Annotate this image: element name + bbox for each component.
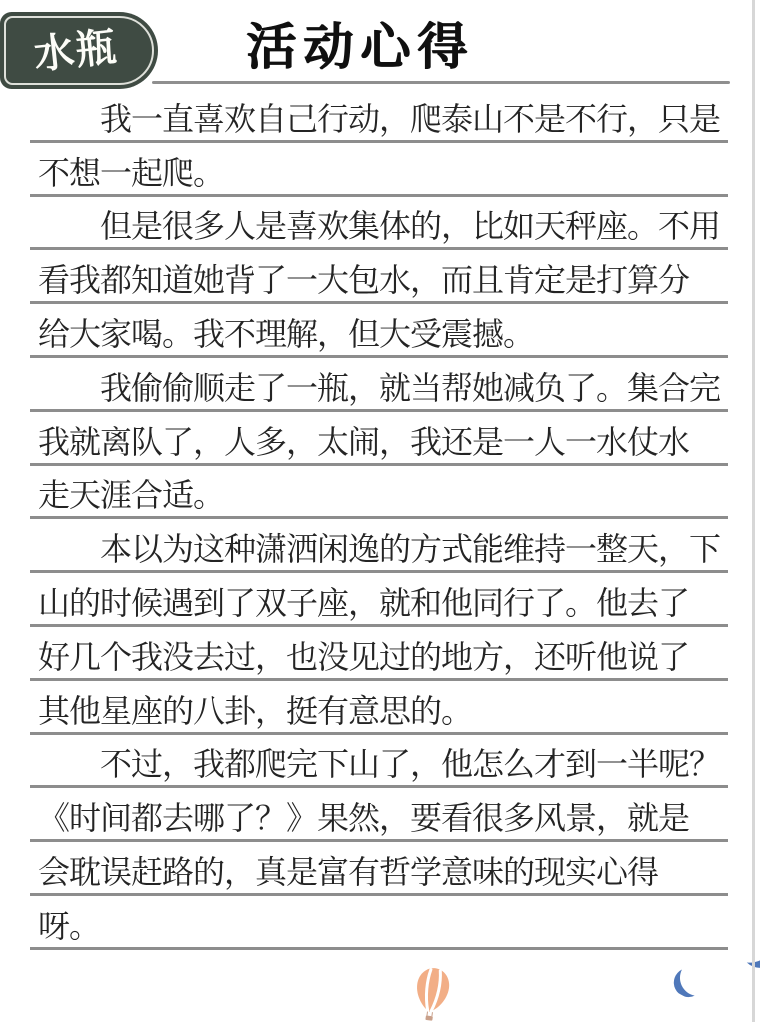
text-line: 我偷偷顺走了一瓶，就当帮她减负了。集合完 [30,358,728,412]
ruled-text-area: 我一直喜欢自己行动，爬泰山不是不行，只是 不想一起爬。 但是很多人是喜欢集体的，… [30,89,728,950]
text-line: 不想一起爬。 [30,143,728,197]
text-line: 看我都知道她背了一大包水，而且肯定是打算分 [30,250,728,304]
text-line-content: 看我都知道她背了一大包水，而且肯定是打算分 [30,260,689,300]
text-line-content: 但是很多人是喜欢集体的，比如天秤座。不用 [30,206,720,246]
text-line: 但是很多人是喜欢集体的，比如天秤座。不用 [30,197,728,251]
text-line: 给大家喝。我不理解，但大受震撼。 [30,304,728,358]
page-title: 活动心得 [246,22,474,72]
text-line-content: 走天涯合适。 [30,475,224,515]
zodiac-badge: 水瓶 [0,12,158,89]
text-line-content: 会耽误赶路的，真是富有哲学意味的现实心得 [30,852,658,892]
text-line-content: 给大家喝。我不理解，但大受震撼。 [30,314,534,354]
text-line-content: 我偷偷顺走了一瓶，就当帮她减负了。集合完 [30,368,720,408]
text-line-content: 呀。 [30,906,100,946]
text-line-content: 不过，我都爬完下山了，他怎么才到一半呢？ [30,744,720,784]
text-line: 《时间都去哪了？》果然，要看很多风景，就是 [30,788,728,842]
text-line-content: 《时间都去哪了？》果然，要看很多风景，就是 [30,798,689,838]
text-line-content: 不想一起爬。 [30,153,224,193]
crescent-icon [665,963,705,1001]
text-line-content: 好几个我没去过，也没见过的地方，还听他说了 [30,637,689,677]
page-edge-line [752,0,755,1022]
text-line: 我一直喜欢自己行动，爬泰山不是不行，只是 [30,89,728,143]
text-line-content: 我就离队了，人多，太闹，我还是一人一水仗水 [30,422,689,462]
text-line-content: 本以为这种潇洒闲逸的方式能维持一整天，下 [30,529,720,569]
text-line: 不过，我都爬完下山了，他怎么才到一半呢？ [30,735,728,789]
crescent-icon [741,926,760,980]
text-line: 山的时候遇到了双子座，就和他同行了。他去了 [30,573,728,627]
text-line-content: 我一直喜欢自己行动，爬泰山不是不行，只是 [30,99,720,139]
notebook-page: 水瓶 活动心得 我一直喜欢自己行动，爬泰山不是不行，只是 不想一起爬。 但是很多… [0,0,760,1022]
text-line: 其他星座的八卦，挺有意思的。 [30,681,728,735]
text-line-content: 其他星座的八卦，挺有意思的。 [30,691,472,731]
text-line: 我就离队了，人多，太闹，我还是一人一水仗水 [30,412,728,466]
text-line: 会耽误赶路的，真是富有哲学意味的现实心得 [30,842,728,896]
text-line: 走天涯合适。 [30,466,728,520]
zodiac-badge-label: 水瓶 [32,26,126,75]
hot-air-balloon-icon [406,963,457,1022]
text-line: 呀。 [30,896,728,950]
text-line-content: 山的时候遇到了双子座，就和他同行了。他去了 [30,583,689,623]
text-line: 好几个我没去过，也没见过的地方，还听他说了 [30,627,728,681]
title-underline [152,81,730,84]
text-line: 本以为这种潇洒闲逸的方式能维持一整天，下 [30,519,728,573]
